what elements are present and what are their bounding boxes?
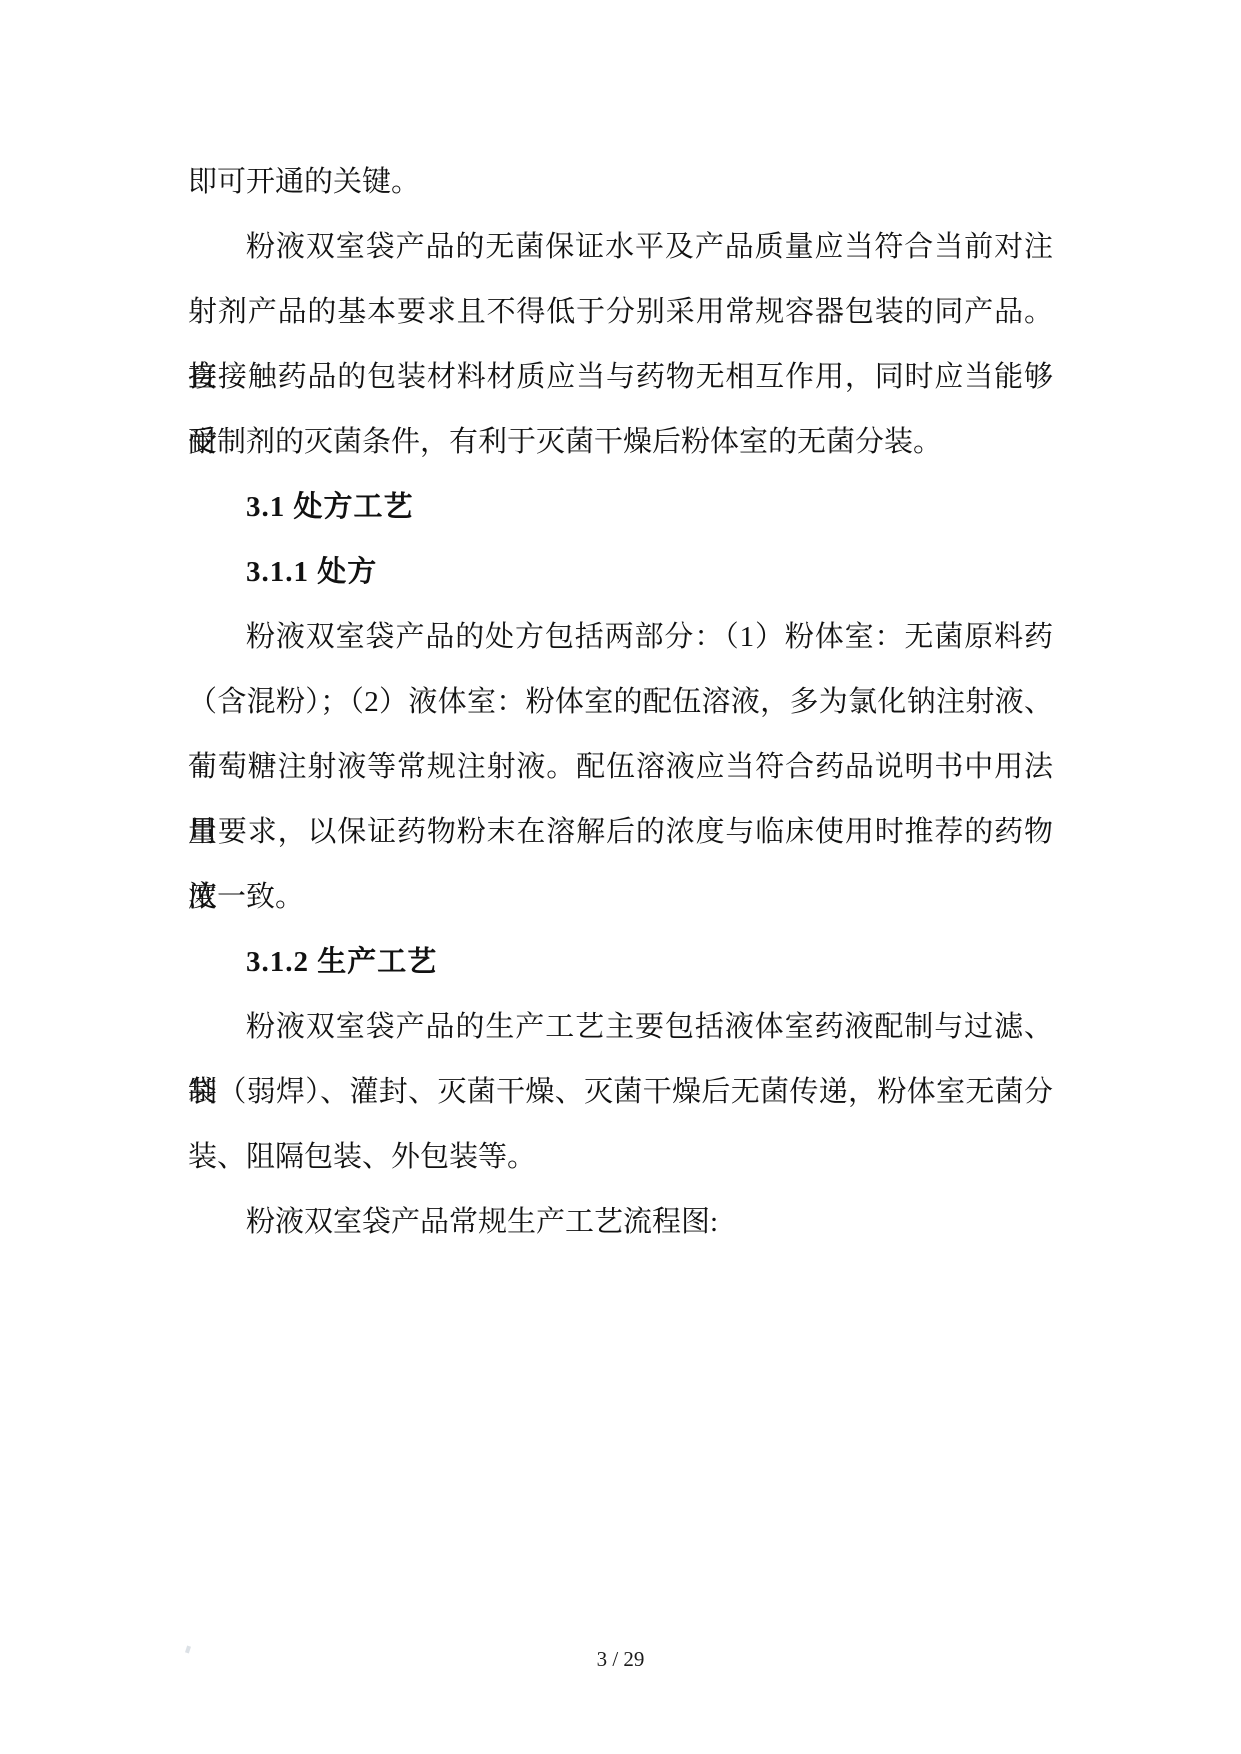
paragraph-6-line-0: 粉液双室袋产品的生产工艺主要包括液体室药液配制与过滤、制 xyxy=(188,995,1053,1060)
paragraph-1-line-3: 受制剂的灭菌条件，有利于灭菌干燥后粉体室的无菌分装。 xyxy=(188,410,1053,475)
page-number: 3 / 29 xyxy=(597,1647,645,1671)
paragraph-6-line-1: 袋（弱焊）、灌封、灭菌干燥、灭菌干燥后无菌传递，粉体室无菌分 xyxy=(188,1060,1053,1125)
paragraph-7-line-0: 粉液双室袋产品常规生产工艺流程图: xyxy=(188,1190,1053,1255)
paragraph-4-line-0: 粉液双室袋产品的处方包括两部分：（1）粉体室：无菌原料药 xyxy=(188,605,1053,670)
paragraph-4-line-3: 量要求，以保证药物粉末在溶解后的浓度与临床使用时推荐的药物浓 xyxy=(188,800,1053,865)
paragraph-4-line-2: 葡萄糖注射液等常规注射液。配伍溶液应当符合药品说明书中用法用 xyxy=(188,735,1053,800)
heading-3-1-2: 3.1.2 生产工艺 xyxy=(188,930,1053,995)
paragraph-1-line-1: 射剂产品的基本要求且不得低于分别采用常规容器包装的同产品。直 xyxy=(188,280,1053,345)
paragraph-1-line-0: 粉液双室袋产品的无菌保证水平及产品质量应当符合当前对注 xyxy=(188,215,1053,280)
page-body: 即可开通的关键。 粉液双室袋产品的无菌保证水平及产品质量应当符合当前对注 射剂产… xyxy=(188,150,1053,1255)
paragraph-4-line-4: 度一致。 xyxy=(188,865,1053,930)
paragraph-1-line-2: 接接触药品的包装材料材质应当与药物无相互作用，同时应当能够耐 xyxy=(188,345,1053,410)
page-footer: 3 / 29 xyxy=(0,1646,1241,1672)
paragraph-0-line-0: 即可开通的关键。 xyxy=(188,150,1053,215)
heading-3-1: 3.1 处方工艺 xyxy=(188,475,1053,540)
paragraph-6-line-2: 装、阻隔包装、外包装等。 xyxy=(188,1125,1053,1190)
document-page: 即可开通的关键。 粉液双室袋产品的无菌保证水平及产品质量应当符合当前对注 射剂产… xyxy=(0,0,1241,1754)
paragraph-4-line-1: （含混粉）；（2）液体室：粉体室的配伍溶液，多为氯化钠注射液、 xyxy=(188,670,1053,735)
heading-3-1-1: 3.1.1 处方 xyxy=(188,540,1053,605)
